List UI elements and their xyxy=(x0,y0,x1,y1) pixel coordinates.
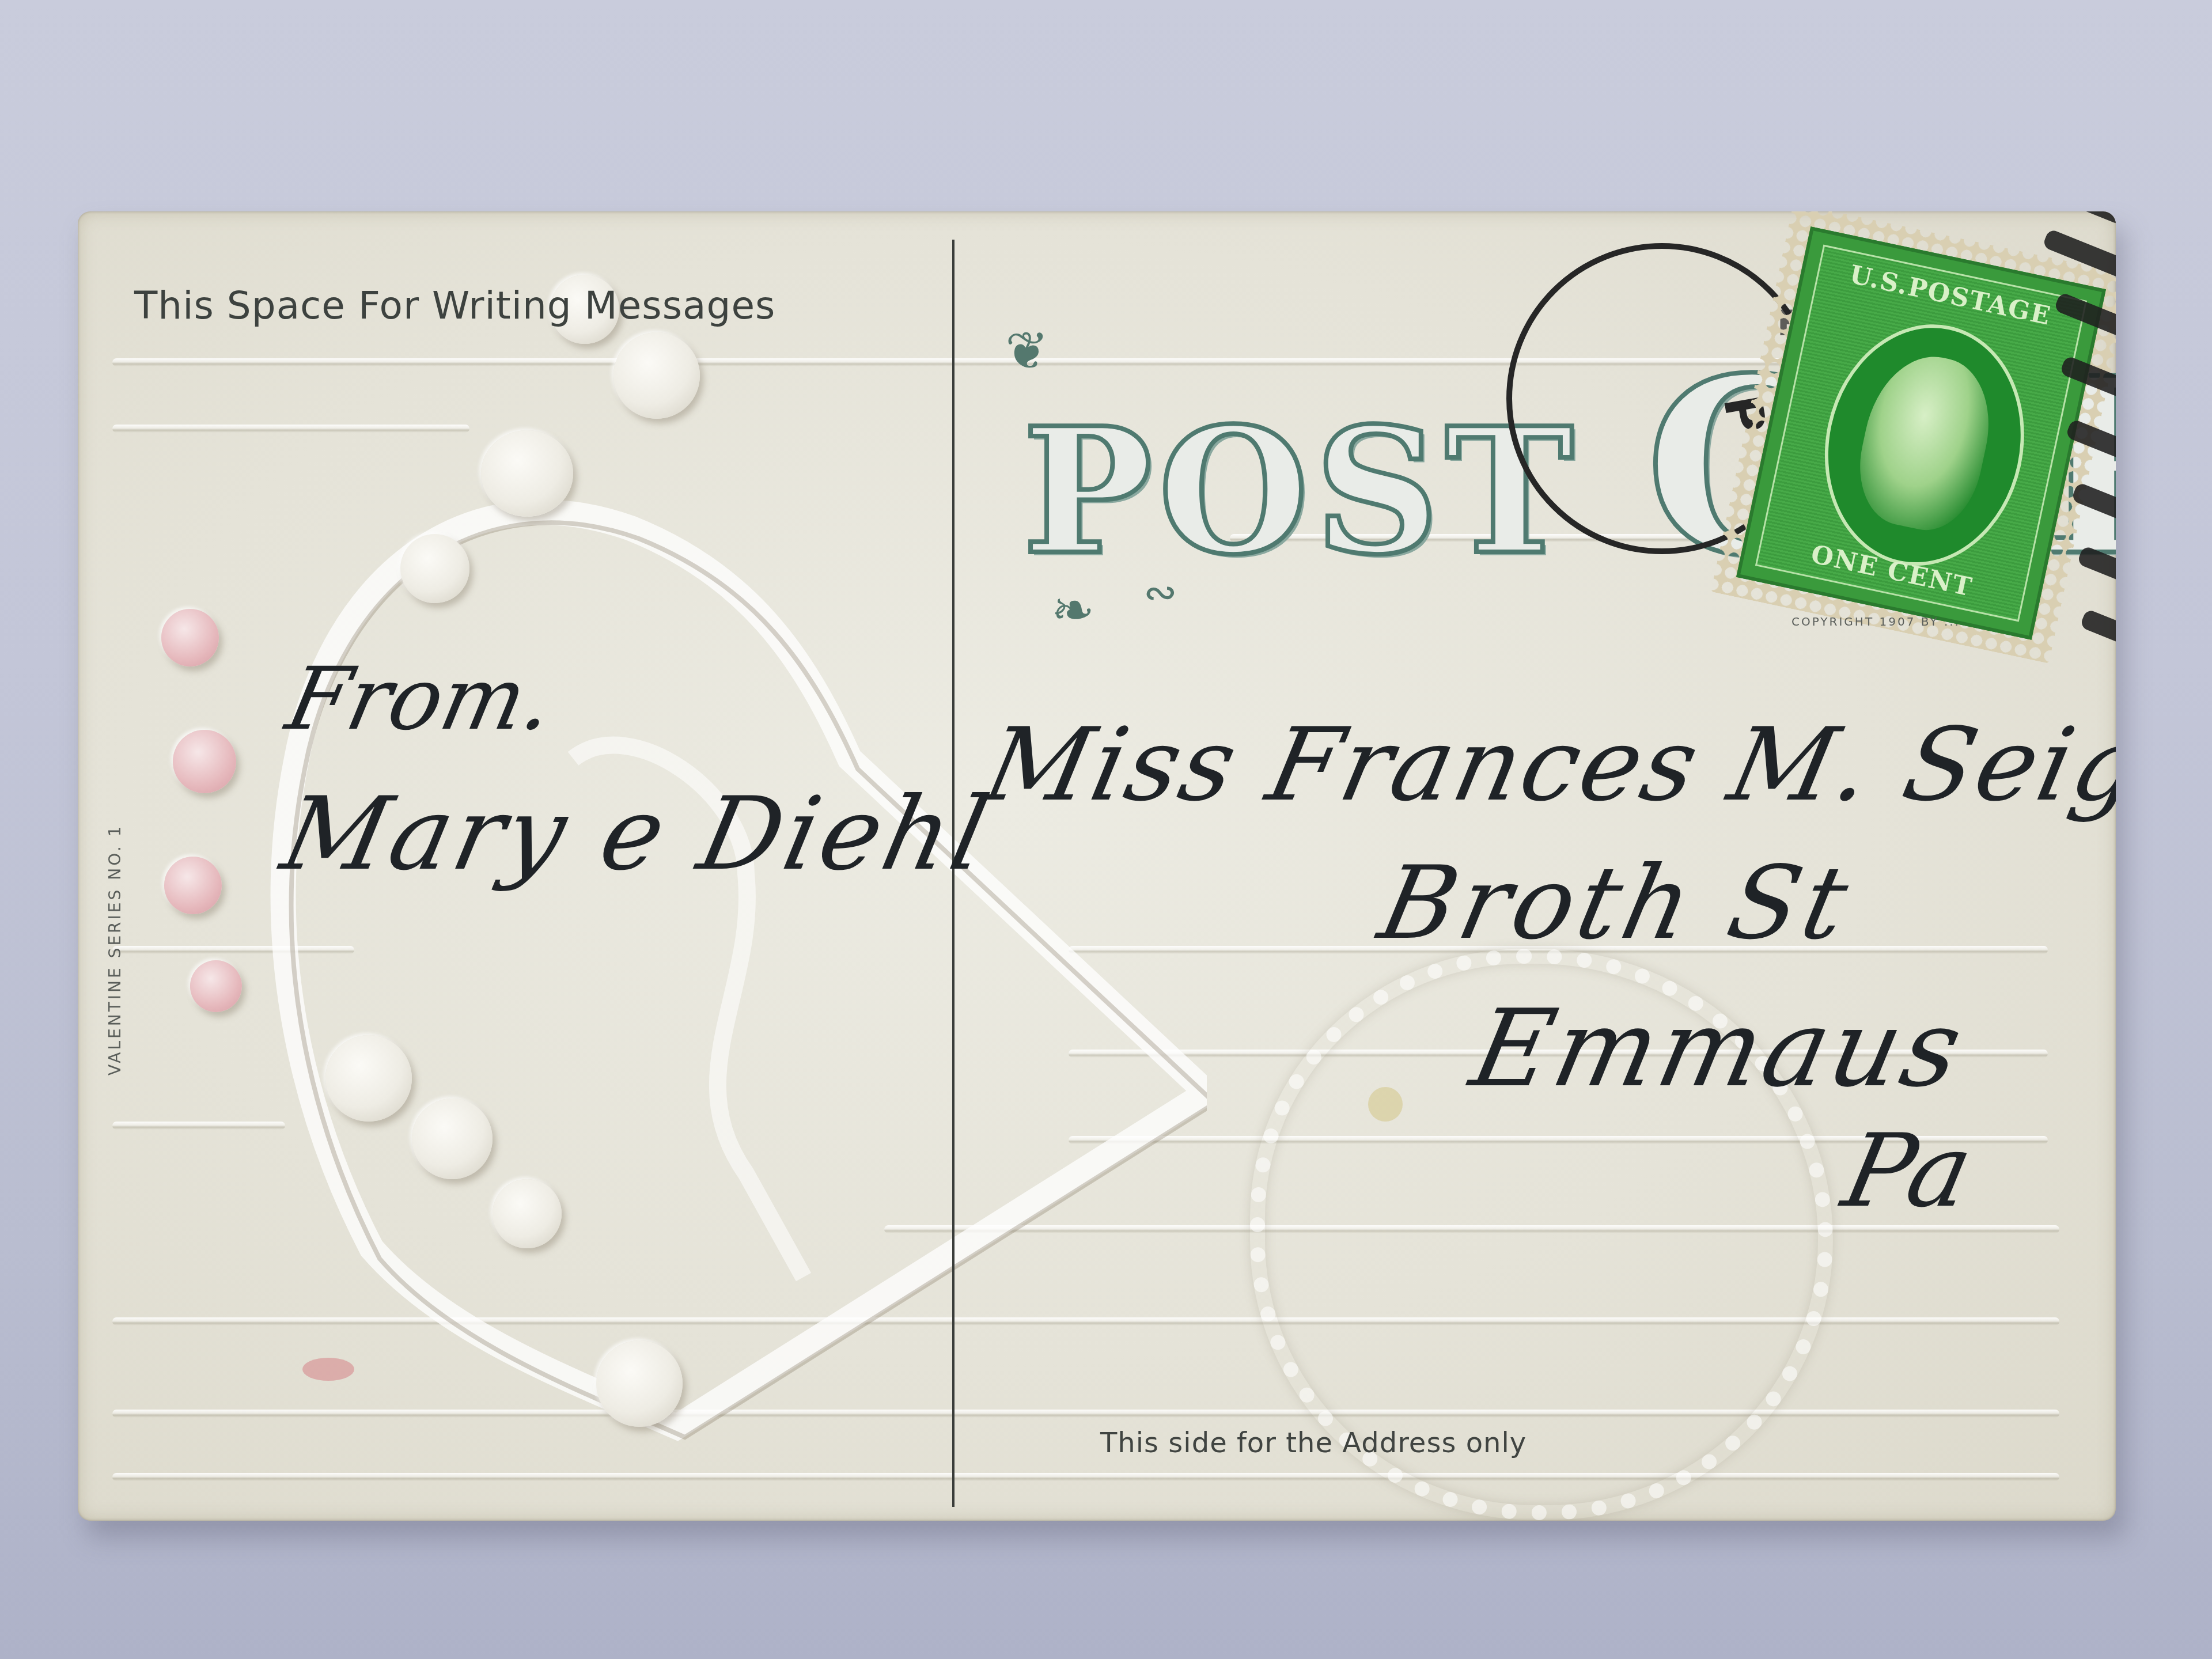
series-label: VALENTINE SERIES NO. 1 xyxy=(105,824,124,1075)
ink-stain xyxy=(302,1358,354,1381)
embossed-flower xyxy=(493,1179,562,1248)
ornament-swirl-icon: ∾ xyxy=(1143,569,1177,616)
pink-flower xyxy=(164,857,222,914)
handwritten-sender: Mary e Diehl xyxy=(272,776,1001,893)
embossed-flower xyxy=(613,332,700,419)
postage-stamp: U.S.POSTAGE ONE CENT xyxy=(1711,211,2116,664)
handwritten-recipient: Miss Frances M. Seiger xyxy=(975,707,2116,824)
ornament-swirl-icon: ❧ xyxy=(1051,580,1094,641)
cancellation-bar xyxy=(2031,211,2116,226)
embossed-flower xyxy=(596,1340,683,1427)
handwritten-from-label: From. xyxy=(279,649,563,749)
stamp-portrait-frame xyxy=(1803,306,2046,585)
address-area-label: This side for the Address only xyxy=(1100,1427,1527,1459)
ornament-swirl-icon: ❦ xyxy=(1005,321,1048,381)
pink-flower xyxy=(161,609,219,666)
title-post: POST xyxy=(1022,389,1580,593)
ink-stain xyxy=(1368,1087,1403,1122)
cancellation-bar xyxy=(2080,608,2116,663)
embossed-flower xyxy=(412,1099,493,1179)
postcard: This Space For Writing Messages VALENTIN… xyxy=(78,211,2116,1521)
emboss-ridge xyxy=(112,1473,2059,1481)
copyright-line: COPYRIGHT 1907 BY ... xyxy=(1791,615,1960,628)
portrait-icon xyxy=(1848,345,2002,539)
handwritten-city: Emmaus xyxy=(1461,986,1975,1111)
message-area-label: This Space For Writing Messages xyxy=(134,283,775,328)
embossed-flower xyxy=(481,430,573,517)
pink-flower xyxy=(190,960,242,1012)
handwritten-street: Broth St xyxy=(1370,845,1862,962)
pink-flower xyxy=(173,730,236,793)
embossed-flower xyxy=(400,534,469,603)
embossed-flower xyxy=(325,1035,412,1122)
handwritten-state: Pa xyxy=(1834,1113,1982,1230)
